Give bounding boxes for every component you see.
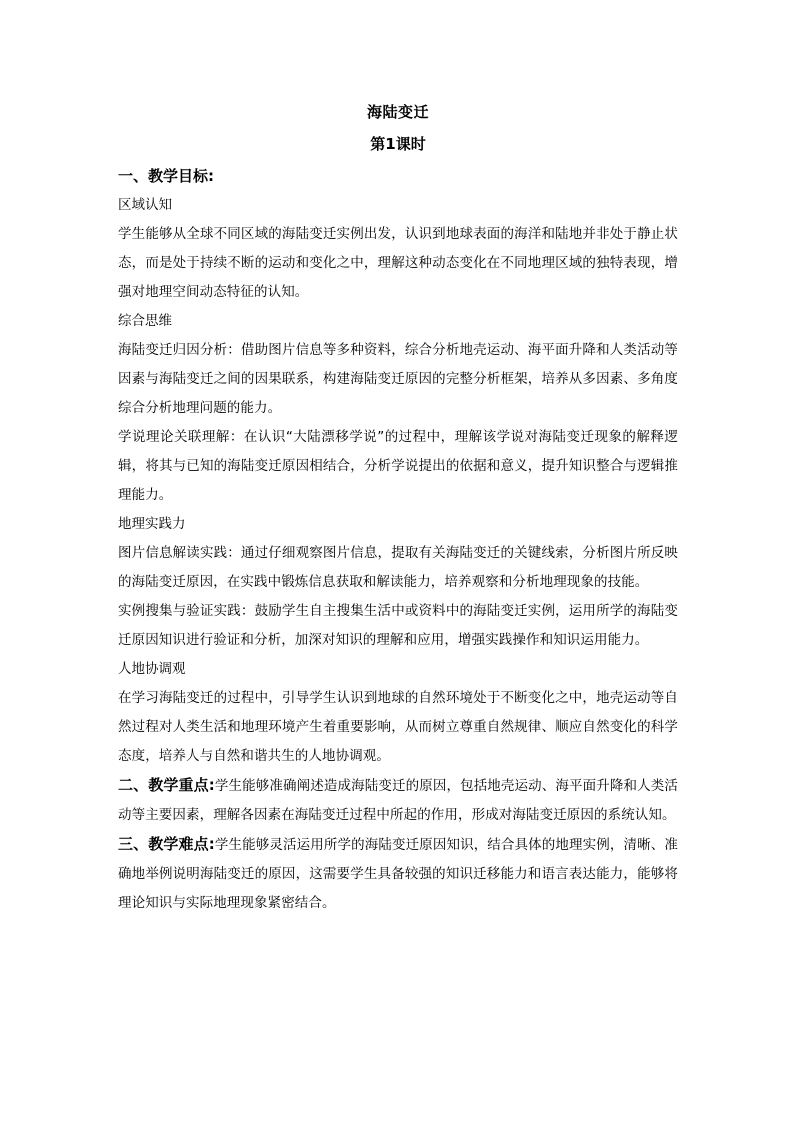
paragraph-geographic-practice-1: 图片信息解读实践：通过仔细观察图片信息，提取有关海陆变迁的关键线索，分析图片所反…: [118, 539, 678, 597]
subheading-human-earth-harmony: 人地协调观: [118, 655, 678, 684]
paragraph-geographic-practice-2: 实例搜集与验证实践：鼓励学生自主搜集生活中或资料中的海陆变迁实例，运用所学的海陆…: [118, 597, 678, 655]
paragraph-key-points: 二、教学重点:学生能够准确阐述造成海陆变迁的原因，包括地壳运动、海平面升降和人类…: [118, 771, 678, 830]
subheading-integrated-thinking: 综合思维: [118, 307, 678, 336]
section-heading-key-points: 二、教学重点:: [118, 776, 215, 794]
paragraph-integrated-thinking-2: 学说理论关联理解：在认识“大陆漂移学说”的过程中，理解该学说对海陆变迁现象的解释…: [118, 423, 678, 510]
paragraph-human-earth-harmony: 在学习海陆变迁的过程中，引导学生认识到地球的自然环境处于不断变化之中，地壳运动等…: [118, 684, 678, 771]
paragraph-regional-cognition: 学生能够从全球不同区域的海陆变迁实例出发，认识到地球表面的海洋和陆地并非处于静止…: [118, 220, 678, 307]
paragraph-difficulties: 三、教学难点:学生能够灵活运用所学的海陆变迁原因知识，结合具体的地理实例，清晰、…: [118, 830, 678, 918]
section-heading-difficulties: 三、教学难点:: [118, 835, 215, 853]
paragraph-integrated-thinking-1: 海陆变迁归因分析：借助图片信息等多种资料，综合分析地壳运动、海平面升降和人类活动…: [118, 336, 678, 423]
subheading-geographic-practice: 地理实践力: [118, 510, 678, 539]
lesson-number: 第1课时: [118, 130, 678, 160]
section-heading-objectives: 一、教学目标:: [118, 162, 678, 191]
document-page: 海陆变迁 第1课时 一、教学目标: 区域认知 学生能够从全球不同区域的海陆变迁实…: [118, 98, 678, 918]
subheading-regional-cognition: 区域认知: [118, 191, 678, 220]
document-title: 海陆变迁: [118, 98, 678, 126]
